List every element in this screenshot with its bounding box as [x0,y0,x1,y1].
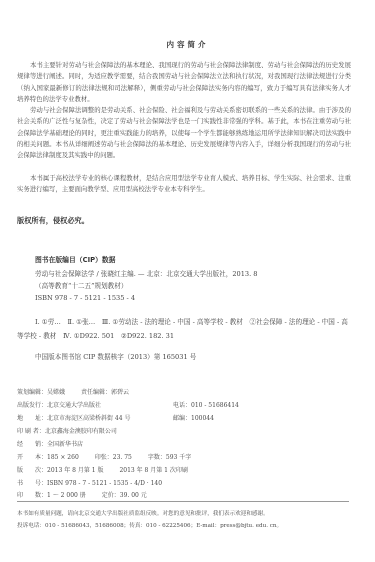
summary-title: 内容简介 [0,39,375,50]
format-row: 开 本：185 × 260印张：23. 75字数：593 千字 [17,451,191,464]
words: 593 千字 [166,454,191,461]
footer-contact: 投诉电话：010 - 51686043，51686008；传真：010 - 62… [17,521,282,532]
footer-quality-notice: 本书如有质量问题，请向北京交通大学出版社质监组反映。对您的意见和批评，我们表示欢… [17,509,269,520]
distributor-label: 经 销： [17,441,47,448]
editors-row: 策划编辑：吴嫦娥责任编辑：郭碧云 [17,386,129,399]
distributor: 全国新华书店 [47,441,83,448]
address-label: 地 址： [17,415,47,422]
postcode-row: 邮编：100044 [173,412,214,425]
words-label: 字数： [148,454,166,461]
sheets: 23. 75 [113,454,132,461]
printer-label: 印 刷 者： [17,428,45,435]
address-row: 地 址：北京市海淀区高梁桥斜街 44 号 [17,412,130,425]
publisher-label: 出版发行： [17,402,47,409]
edition-row: 版 次：2013 年 8 月第 1 版2013 年 8 月第 1 次印刷 [17,464,188,477]
price-label: 定价： [102,492,120,499]
cip-record-number: 中国版本图书馆 CIP 数据核字（2013）第 165031 号 [35,352,196,363]
rights-notice: 版权所有，侵权必究。 [17,216,89,226]
format-label: 开 本： [17,454,47,461]
format: 185 × 260 [47,454,79,461]
edition: 2013 年 8 月第 1 版 [47,467,103,474]
cip-classification: Ⅰ. ①劳… Ⅱ. ①张… Ⅲ. ①劳动法 - 法的理论 - 中国 - 高等学校… [17,316,351,343]
phone-label: 电话： [173,402,191,409]
postcode: 100044 [191,415,214,422]
postcode-label: 邮编： [173,415,191,422]
summary-paragraph-3: 本书属于高校法学专业的核心课程教材，是结合应用型法学专业育人模式、培养目标、学生… [17,173,351,196]
cip-title-line: 劳动与社会保障法学 / 张晓红主编. — 北京：北京交通大学出版社，2013. … [35,269,258,280]
book-number-label: 书 号： [17,480,47,487]
separator-line [17,501,349,502]
planning-editor: 吴嫦娥 [47,389,65,396]
copyright-page: 内容简介 本书主要针对劳动与社会保障法的基本理论、我国现行的劳动与社会保障法律制… [0,0,375,562]
summary-paragraph-2: 劳动与社会保障法调整的是劳动关系、社会保险、社会福利及与劳动关系密切联系的一些关… [17,105,351,161]
phone: 010 - 51686414 [191,402,239,409]
edition-label: 版 次： [17,467,47,474]
cip-series-line: （高等教育“十二五”规划教材） [35,281,127,292]
book-number: ISBN 978 - 7 - 5121 - 1535 - 4/D · 140 [47,480,162,487]
planning-editor-label: 策划编辑： [17,389,47,396]
summary-paragraph-1: 本书主要针对劳动与社会保障法的基本理论、我国现行的劳动与社会保障法律制度、劳动与… [17,60,351,105]
address: 北京市海淀区高梁桥斜街 44 号 [47,415,130,422]
sheets-label: 印张： [95,454,113,461]
cip-isbn-line: ISBN 978 - 7 - 5121 - 1535 - 4 [35,293,135,304]
print-run: 1 ～ 2 000 册 [47,492,86,499]
publisher: 北京交通大学出版社 [47,402,101,409]
price: 39. 00 元 [120,492,147,499]
responsible-editor: 郭碧云 [111,389,129,396]
print-run-label: 印 数： [17,492,47,499]
printing: 2013 年 8 月第 1 次印刷 [119,467,187,474]
cip-heading: 图书在版编目（CIP）数据 [35,254,115,264]
responsible-editor-label: 责任编辑： [81,389,111,396]
phone-row: 电话：010 - 51686414 [173,399,239,412]
printer-row: 印 刷 者：北京鑫海金澳胶印有限公司 [17,425,117,438]
printer: 北京鑫海金澳胶印有限公司 [45,428,117,435]
publisher-row: 出版发行：北京交通大学出版社 [17,399,101,412]
distributor-row: 经 销：全国新华书店 [17,438,83,451]
